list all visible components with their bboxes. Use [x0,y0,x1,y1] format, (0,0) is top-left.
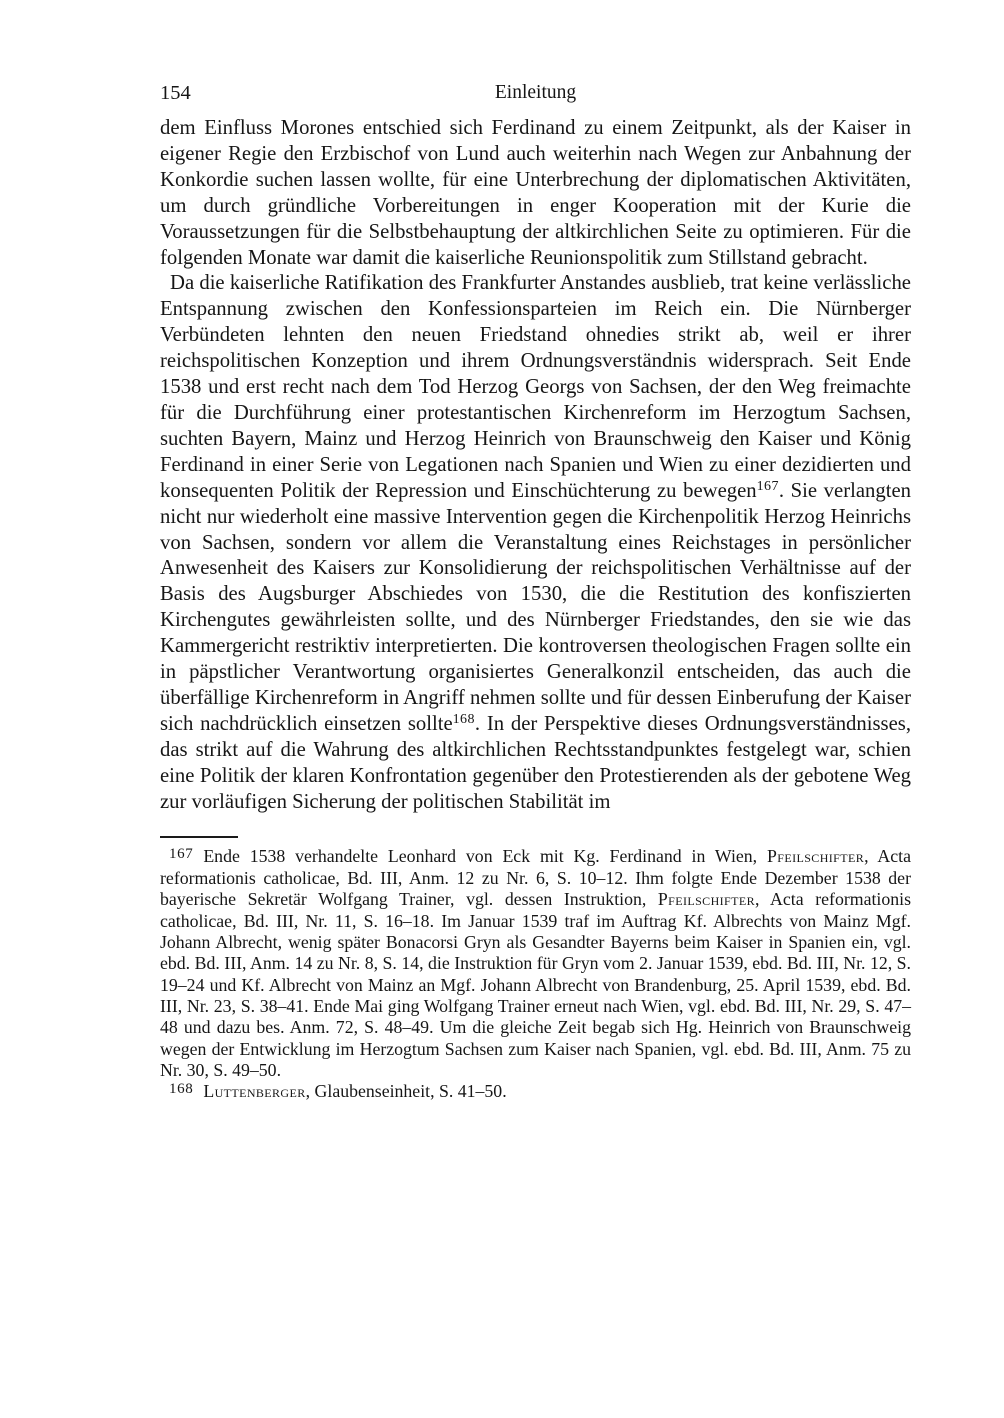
footnote-168: 168Luttenberger, Glaubenseinheit, S. 41–… [160,1081,911,1102]
page-header: 154 Einleitung [160,80,911,107]
footnote-separator [160,836,238,838]
text-segment: , Acta reformationis catholicae, Bd. III… [160,889,911,1080]
body-text: dem Einfluss Morones entschied sich Ferd… [160,116,911,815]
footnotes-block: 167Ende 1538 verhandelte Leonhard von Ec… [160,846,911,1102]
body-paragraph-2: Da die kaiserliche Ratifikation des Fran… [160,271,911,815]
text-segment: dem Einfluss Morones entschied sich Ferd… [160,117,911,269]
footnote-marker-168: 168 [169,1081,193,1097]
author-name-smallcaps: Luttenberger [203,1081,305,1101]
running-title: Einleitung [160,80,911,106]
text-segment: Ende 1538 verhandelte Leonhard von Eck m… [203,846,767,866]
footnote-167: 167Ende 1538 verhandelte Leonhard von Ec… [160,846,911,1081]
text-segment: , Glaubenseinheit, S. 41–50. [306,1081,507,1101]
body-paragraph-1: dem Einfluss Morones entschied sich Ferd… [160,116,911,271]
text-segment: . Sie verlangten nicht nur wiederholt ei… [160,480,911,735]
book-page: 154 Einleitung dem Einfluss Morones ents… [0,0,1004,1418]
footnote-ref-168: 168 [453,712,475,727]
text-segment: Da die kaiserliche Ratifikation des Fran… [160,272,911,501]
page-content: 154 Einleitung dem Einfluss Morones ents… [160,80,911,1103]
footnote-ref-167: 167 [757,479,779,494]
footnote-marker-167: 167 [169,846,193,862]
author-name-smallcaps: Pfeilschifter [767,846,864,866]
author-name-smallcaps: Pfeilschifter [658,889,755,909]
